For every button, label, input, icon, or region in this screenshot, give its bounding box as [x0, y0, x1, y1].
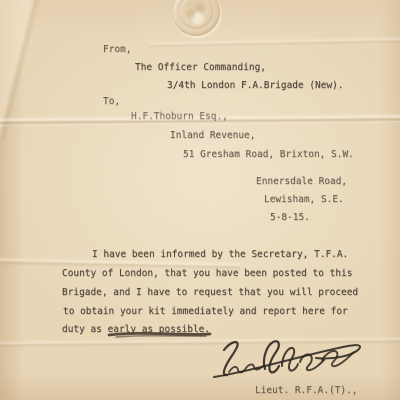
body-last-prefix: duty as: [62, 324, 108, 335]
sender-road: Ennersdale Road,: [256, 176, 347, 188]
recipient-street: 51 Gresham Road, Brixton, S.W.: [183, 149, 354, 161]
recipient-name: H.F.Thoburn Esq.,: [131, 111, 228, 123]
sender-town: Lewisham, S.E.: [264, 194, 344, 206]
body-line-last: duty as early as possible.: [62, 324, 210, 336]
signature-title: Lieut. R.F.A.(T).,: [255, 385, 358, 397]
body-line: Brigade, and I have to request that you …: [62, 287, 358, 299]
from-brigade-line: 3/4th London F.A.Brigade (New).: [167, 80, 344, 92]
letter-date: 5-8-15.: [270, 212, 310, 224]
paper-crease: [0, 336, 400, 348]
to-label: To,: [103, 96, 120, 108]
from-label: From,: [103, 44, 131, 56]
embossed-seal-icon: [172, 0, 220, 36]
recipient-dept: Inland Revenue,: [170, 130, 255, 142]
body-line: I have been informed by the Secretary, T…: [92, 249, 348, 261]
letter-photo: From, The Officer Commanding, 3/4th Lond…: [0, 0, 400, 400]
paper-crease: [150, 36, 400, 49]
fold-panel: [0, 0, 47, 142]
body-line: to obtain your kit immediately and repor…: [63, 306, 348, 318]
body-last-underlined: early as possible.: [108, 324, 211, 335]
handwritten-signature-icon: [214, 341, 360, 377]
embossed-seal-inner: [179, 0, 213, 29]
body-line: County of London, that you have been pos…: [62, 268, 352, 280]
from-officer-line: The Officer Commanding,: [135, 62, 266, 74]
